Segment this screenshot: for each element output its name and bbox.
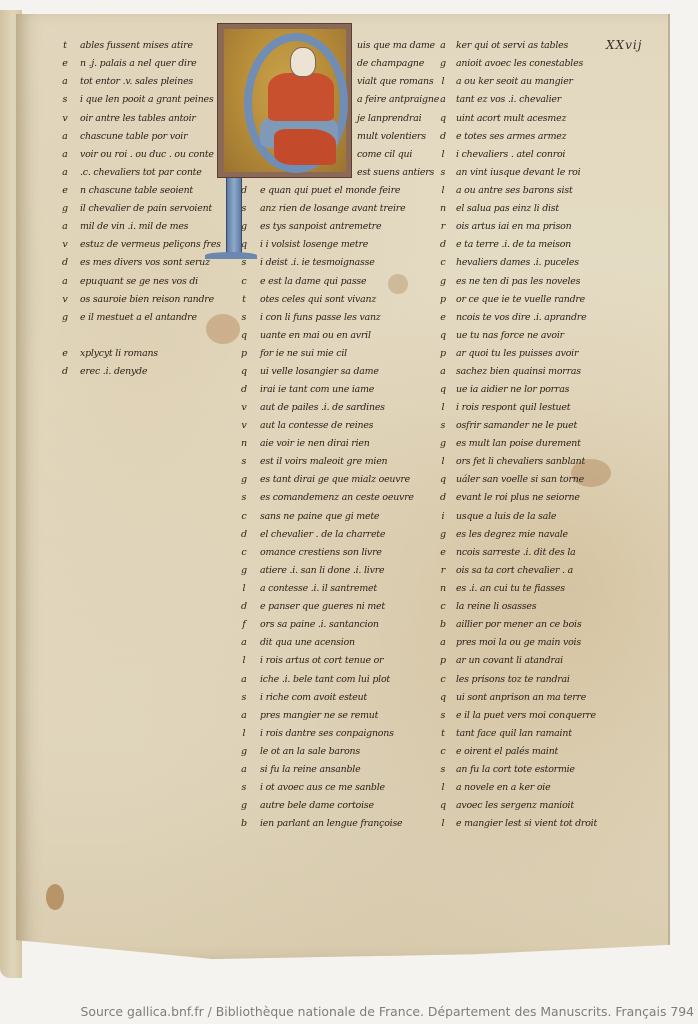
line-initial: l — [437, 76, 449, 87]
verse-line: osfrir samander ne le puet — [456, 420, 577, 431]
line-initial: l — [238, 728, 250, 739]
verse-line: je lanprendrai — [357, 113, 421, 124]
line-initial: s — [238, 257, 250, 268]
verse-line: i i volsist losenge metre — [260, 239, 368, 250]
line-initial: d — [59, 257, 71, 268]
verse-line: usque a luis de la sale — [456, 511, 556, 522]
line-initial: g — [238, 474, 250, 485]
line-initial: q — [437, 113, 449, 124]
line-initial: d — [238, 185, 250, 196]
line-initial: n — [437, 203, 449, 214]
verse-line: es les degrez mie navale — [456, 529, 568, 540]
verse-line: de champagne — [357, 58, 424, 69]
line-initial: a — [238, 637, 250, 648]
line-initial: s — [238, 492, 250, 503]
verse-line: e est la dame qui passe — [260, 276, 366, 287]
verse-line: atiere .i. san li done .i. livre — [260, 565, 384, 576]
line-initial: q — [437, 384, 449, 395]
line-initial: l — [437, 185, 449, 196]
verse-line: .c. chevaliers tot par conte — [80, 167, 202, 178]
verse-line: omance crestiens son livre — [260, 547, 382, 558]
verse-line: ois sa ta cort chevalier . a — [456, 565, 573, 576]
verse-line: ncois te vos dire .i. aprandre — [456, 312, 586, 323]
line-initial: g — [238, 800, 250, 811]
line-initial: l — [437, 782, 449, 793]
verse-line: n .j. palais a nel quer dire — [80, 58, 196, 69]
verse-line: sachez bien quainsi morras — [456, 366, 581, 377]
explicit-line: xplycyt li romans — [80, 348, 158, 359]
verse-line: e ta terre .i. de ta meison — [456, 239, 571, 250]
line-initial: g — [59, 312, 71, 323]
verse-line: e il la puet vers moi conquerre — [456, 710, 596, 721]
line-initial: s — [59, 94, 71, 105]
line-initial: d — [238, 601, 250, 612]
verse-line: i chevaliers . atel conroi — [456, 149, 565, 160]
verse-line: ui sont anprison an ma terre — [456, 692, 586, 703]
verse-line: i ot avoec aus ce me sanble — [260, 782, 385, 793]
verse-line: n chascune table seoient — [80, 185, 193, 196]
line-initial: a — [59, 76, 71, 87]
verse-line: ar un covant li atandrai — [456, 655, 563, 666]
line-initial: a — [59, 276, 71, 287]
verse-line: si fu la reine ansanble — [260, 764, 360, 775]
line-initial: s — [437, 764, 449, 775]
line-initial: g — [238, 746, 250, 757]
verse-line: a feire antpraigne — [357, 94, 439, 105]
verse-line: i rois dantre ses conpaignons — [260, 728, 394, 739]
line-initial: s — [238, 782, 250, 793]
verse-line: est suens antiers — [357, 167, 434, 178]
line-initial: q — [238, 366, 250, 377]
line-initial: d — [238, 529, 250, 540]
verse-line: avoec les sergenz manioit — [456, 800, 574, 811]
verse-line: uante en mai ou en avril — [260, 330, 371, 341]
verse-line: aie voir ie nen dirai rien — [260, 438, 370, 449]
verse-line: pres moi la ou ge main vois — [456, 637, 581, 648]
line-initial: s — [238, 692, 250, 703]
verse-line: ois artus iai en ma prison — [456, 221, 571, 232]
verse-line: les prisons toz te randrai — [456, 674, 570, 685]
line-initial: a — [238, 674, 250, 685]
line-initial: s — [238, 456, 250, 467]
verse-line: la reine li osasses — [456, 601, 536, 612]
line-initial: e — [59, 58, 71, 69]
line-initial: g — [59, 203, 71, 214]
gold-ground — [224, 29, 346, 172]
line-initial: v — [59, 113, 71, 124]
verse-line: pres mangier ne se remut — [260, 710, 378, 721]
line-initial: a — [437, 366, 449, 377]
verse-line: es mes divers vos sont seruz — [80, 257, 210, 268]
verse-line: otes celes qui sont vivanz — [260, 294, 376, 305]
verse-line: est il voirs maleoit gre mien — [260, 456, 387, 467]
verse-line: i rois respont quil lestuet — [456, 402, 570, 413]
line-initial: e — [437, 547, 449, 558]
explicit-initial: e — [59, 348, 71, 359]
line-initial: c — [437, 257, 449, 268]
line-initial: s — [238, 312, 250, 323]
verse-line: ar quoi tu les puisses avoir — [456, 348, 578, 359]
line-initial: b — [238, 818, 250, 829]
verse-line: ncois sarreste .i. dit des la — [456, 547, 576, 558]
verse-line: il chevalier de pain servoient — [80, 203, 212, 214]
verse-line: voir ou roi . ou duc . ou conte — [80, 149, 214, 160]
verse-line: e panser que gueres ni met — [260, 601, 385, 612]
line-initial: g — [238, 221, 250, 232]
verse-line: es tys sanpoist antremetre — [260, 221, 381, 232]
verse-line: es .i. an cui tu te fiasses — [456, 583, 565, 594]
line-initial: g — [238, 565, 250, 576]
verse-line: a ou antre ses barons sist — [456, 185, 573, 196]
verse-line: i con li funs passe les vanz — [260, 312, 381, 323]
verse-line: autre bele dame cortoise — [260, 800, 374, 811]
line-initial: t — [59, 40, 71, 51]
line-initial: q — [437, 474, 449, 485]
line-initial: c — [437, 746, 449, 757]
verse-line: come cil qui — [357, 149, 412, 160]
verse-line: epuquant se ge nes vos di — [80, 276, 198, 287]
line-initial: p — [437, 294, 449, 305]
verse-line: mult volentiers — [357, 131, 426, 142]
line-initial: d — [437, 239, 449, 250]
verse-line: anioit avoec les conestables — [456, 58, 583, 69]
verse-line: tant face quil lan ramaint — [456, 728, 572, 739]
verse-line: ue tu nas force ne avoir — [456, 330, 564, 341]
line-initial: l — [437, 149, 449, 160]
verse-line: os sauroie bien reison randre — [80, 294, 214, 305]
line-initial: q — [437, 330, 449, 341]
verse-line: uis que ma dame — [357, 40, 435, 51]
verse-line: ables fussent mises atire — [80, 40, 193, 51]
explicit-line: erec .i. denyde — [80, 366, 147, 377]
manuscript-viewer: XXvij tables fussent mises atire en .j. … — [0, 0, 698, 1000]
line-initial: s — [437, 710, 449, 721]
line-initial: g — [437, 276, 449, 287]
line-initial: i — [437, 511, 449, 522]
line-initial: s — [238, 203, 250, 214]
verse-line: aut la contesse de reines — [260, 420, 373, 431]
stain — [206, 314, 240, 344]
line-initial: v — [238, 420, 250, 431]
seated-figure-robe — [274, 129, 336, 165]
line-initial: c — [238, 511, 250, 522]
verse-line: ker qui ot servi as tables — [456, 40, 568, 51]
verse-line: irai ie tant com une iame — [260, 384, 374, 395]
verse-line: es mult lan poise durement — [456, 438, 581, 449]
line-initial: v — [238, 402, 250, 413]
line-initial: a — [59, 221, 71, 232]
verse-line: for ie ne sui mie cil — [260, 348, 347, 359]
line-initial: e — [59, 185, 71, 196]
attribution-bar: Source gallica.bnf.fr / Bibliothèque nat… — [0, 1000, 698, 1024]
verse-line: ue ia aidier ne lor porras — [456, 384, 569, 395]
verse-line: le ot an la sale barons — [260, 746, 360, 757]
line-initial: r — [437, 565, 449, 576]
line-initial: a — [59, 149, 71, 160]
line-initial: l — [437, 818, 449, 829]
line-initial: g — [437, 58, 449, 69]
verse-line: e quan qui puet el monde feire — [260, 185, 400, 196]
verse-line: aillier por mener an ce bois — [456, 619, 581, 630]
line-initial: d — [238, 384, 250, 395]
verse-line: es comandemenz an ceste oeuvre — [260, 492, 414, 503]
line-initial: l — [437, 456, 449, 467]
verse-line: a novele en a ker oie — [456, 782, 550, 793]
verse-line: iche .i. bele tant com lui plot — [260, 674, 390, 685]
line-initial: t — [437, 728, 449, 739]
verse-line: el chevalier . de la charrete — [260, 529, 385, 540]
verse-line: i riche com avoit esteut — [260, 692, 367, 703]
line-initial: a — [59, 131, 71, 142]
line-initial: e — [437, 312, 449, 323]
verse-line: anz rien de losange avant treire — [260, 203, 405, 214]
verse-line: aut de pailes .i. de sardines — [260, 402, 385, 413]
line-initial: c — [238, 547, 250, 558]
verse-line: ien parlant an lengue françoise — [260, 818, 402, 829]
line-initial: b — [437, 619, 449, 630]
line-initial: l — [238, 583, 250, 594]
verse-line: i que len pooit a grant peines — [80, 94, 214, 105]
verse-line: e oirent el palés maint — [456, 746, 558, 757]
line-initial: g — [437, 529, 449, 540]
line-initial: q — [238, 239, 250, 250]
verse-line: or ce que ie te vuelle randre — [456, 294, 585, 305]
verse-line: estuz de vermeus peliçons fres — [80, 239, 221, 250]
verse-line: ors sa paine .i. santancion — [260, 619, 379, 630]
verse-line: e mangier lest si vient tot droit — [456, 818, 597, 829]
verse-line: mil de vin .i. mil de mes — [80, 221, 188, 232]
verse-line: oir antre les tables antoir — [80, 113, 196, 124]
line-initial: q — [437, 692, 449, 703]
line-initial: p — [238, 348, 250, 359]
line-initial: c — [238, 276, 250, 287]
stain — [388, 274, 408, 294]
seated-figure-tunic — [268, 73, 334, 121]
explicit-initial: d — [59, 366, 71, 377]
verse-line: evant le roi plus ne seiorne — [456, 492, 580, 503]
verse-line: i deist .i. ie tesmoignasse — [260, 257, 375, 268]
line-initial: s — [437, 420, 449, 431]
line-initial: q — [238, 330, 250, 341]
folio-number: XXvij — [606, 38, 642, 52]
verse-line: dit qua une acension — [260, 637, 355, 648]
line-initial: q — [437, 800, 449, 811]
verse-line: el salua pas einz li dist — [456, 203, 559, 214]
verse-line: es tant dirai ge que mialz oeuvre — [260, 474, 410, 485]
verse-line: an vint iusque devant le roi — [456, 167, 580, 178]
line-initial: f — [238, 619, 250, 630]
verse-line: ors fet li chevaliers sanblant — [456, 456, 585, 467]
line-initial: d — [437, 131, 449, 142]
line-initial: p — [437, 655, 449, 666]
verse-line: e il mestuet a el antandre — [80, 312, 197, 323]
verse-line: tot entor .v. sales pleines — [80, 76, 193, 87]
line-initial: n — [437, 583, 449, 594]
verse-line: uáler san voelle si san torne — [456, 474, 584, 485]
seated-figure-head — [290, 47, 316, 77]
line-initial: l — [238, 655, 250, 666]
line-initial: v — [59, 239, 71, 250]
verse-line: e totes ses armes armez — [456, 131, 566, 142]
line-initial: c — [437, 601, 449, 612]
verse-line: ui velle losangier sa dame — [260, 366, 379, 377]
verse-line: an fu la cort tote estormie — [456, 764, 575, 775]
line-initial: t — [238, 294, 250, 305]
verse-line: i rois artus ot cort tenue or — [260, 655, 383, 666]
line-initial: a — [59, 167, 71, 178]
line-initial: c — [437, 674, 449, 685]
line-initial: v — [59, 294, 71, 305]
line-initial: g — [437, 438, 449, 449]
line-initial: a — [238, 764, 250, 775]
line-initial: a — [437, 637, 449, 648]
verse-line: a contesse .i. il santremet — [260, 583, 377, 594]
line-initial: n — [238, 438, 250, 449]
stain — [46, 884, 64, 910]
verse-line: sans ne paine que gi mete — [260, 511, 379, 522]
verse-line: a ou ker seoit au mangier — [456, 76, 573, 87]
illuminated-initial-p — [217, 23, 352, 178]
verse-line: chascune table por voir — [80, 131, 187, 142]
source-credit: Source gallica.bnf.fr / Bibliothèque nat… — [81, 1004, 695, 1019]
line-initial: a — [437, 94, 449, 105]
line-initial: p — [437, 348, 449, 359]
line-initial: a — [437, 40, 449, 51]
line-initial: l — [437, 402, 449, 413]
verse-line: es ne ten di pas les noveles — [456, 276, 580, 287]
verse-line: vialt que romans — [357, 76, 433, 87]
line-initial: r — [437, 221, 449, 232]
line-initial: d — [437, 492, 449, 503]
verse-line: tant ez vos .i. chevalier — [456, 94, 561, 105]
line-initial: s — [437, 167, 449, 178]
verse-line: hevaliers dames .i. puceles — [456, 257, 579, 268]
line-initial: a — [238, 710, 250, 721]
verse-line: uint acort mult acesmez — [456, 113, 566, 124]
